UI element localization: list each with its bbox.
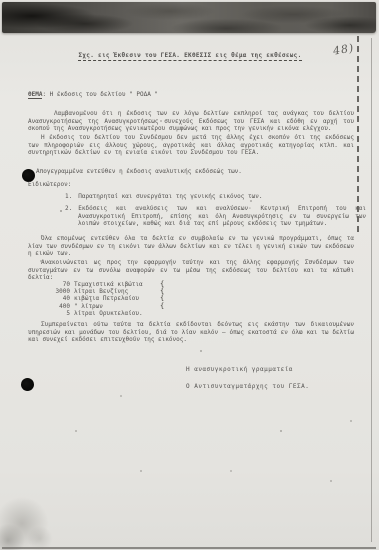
paragraph: Ανακοινώνεται ως προς την εφαρμογήν ταύτ…	[28, 259, 354, 282]
signature-line: Η ανασυγκροτική γραμματεία	[186, 366, 354, 374]
supply-quantity: 3000	[28, 288, 70, 295]
supply-quantity: 40	[28, 295, 70, 302]
signature-line: Ο Αντισυνταγματάρχης του ΓΕΣΑ.	[186, 383, 354, 391]
item-number: 2.	[65, 205, 72, 212]
brace-mark: {	[160, 303, 164, 310]
handwritten-page-number: 48)	[332, 41, 355, 58]
supply-quantity: 5	[28, 310, 70, 317]
document-title: Σχς. εις Έκθεσιν του ΓΕΣΑ. ΕΚΘΕΣΙΣ εις θ…	[68, 52, 312, 60]
supply-row: 40κιβώτια Πετρελαίου{	[28, 295, 228, 302]
subject-line: ΘΕΜΑ: Η έκδοσις του δελτίου " ΡΟΔΑ "	[28, 91, 328, 99]
paragraph: Η έκδοσις του δελτίου του Συνδέσμου δεν …	[28, 134, 354, 157]
annotated-paragraph: Απογεγραμμένα εντεύθεν η έκδοσις αναλυτι…	[36, 168, 354, 176]
subject-label: ΘΕΜΑ	[28, 91, 42, 99]
supply-description: " λίτρων	[74, 303, 160, 310]
page-edge-faint-line	[371, 38, 372, 542]
supply-quantity: 400	[28, 303, 70, 310]
item-text: Παρατηρηταί και συνεργάται της γενικής ε…	[78, 193, 262, 200]
page-edge-dashed-line	[357, 36, 359, 232]
supply-description: λίτραι Ορυκτελαίου.	[74, 310, 160, 317]
paper-noise-specks	[0, 0, 2, 2]
numbered-item: 2.Εκδόσεις και αναλύσεις των και αναλύσε…	[65, 205, 366, 228]
supply-row: 5λίτραι Ορυκτελαίου.	[28, 310, 228, 317]
supply-description: κιβώτια Πετρελαίου	[74, 295, 160, 302]
paragraph: Λαμβανομένου ότι η έκδοσις των εν λόγω δ…	[28, 110, 354, 133]
subject-text: : Η έκδοσις του δελτίου " ΡΟΔΑ "	[42, 91, 158, 98]
photocopy-dark-band	[2, 2, 376, 33]
corner-smudge	[0, 455, 100, 550]
closing-paragraph: Συμπεραίνεται ούτω ταύτα τα δελτία εκδίδ…	[28, 321, 354, 344]
numbered-item: 1.Παρατηρηταί και συνεργάται της γενικής…	[65, 193, 350, 201]
paragraph: Όλα επομένως εντεύθεν όλα τα δελτία εν σ…	[28, 235, 354, 258]
supply-row: 400" λίτρων{	[28, 303, 228, 310]
signature-block: Η ανασυγκροτική γραμματεία Ο Αντισυνταγμ…	[186, 366, 354, 390]
section-label: Ειδικώτερον:	[28, 181, 148, 189]
item-text: Εκδόσεις και αναλύσεις των και αναλύσεων…	[78, 205, 366, 227]
supply-row: 70Τεμαχιστικά κιβώτια{	[28, 281, 228, 288]
item-number: 1.	[65, 193, 72, 200]
punch-hole-icon	[21, 378, 34, 391]
scanned-document-page: 48) Σχς. εις Έκθεσιν του ΓΕΣΑ. ΕΚΘΕΣΙΣ ε…	[0, 0, 379, 550]
supply-quantity: 70	[28, 281, 70, 288]
supplies-list: 70Τεμαχιστικά κιβώτια{ 3000λίτραι Βενζίν…	[28, 281, 228, 317]
